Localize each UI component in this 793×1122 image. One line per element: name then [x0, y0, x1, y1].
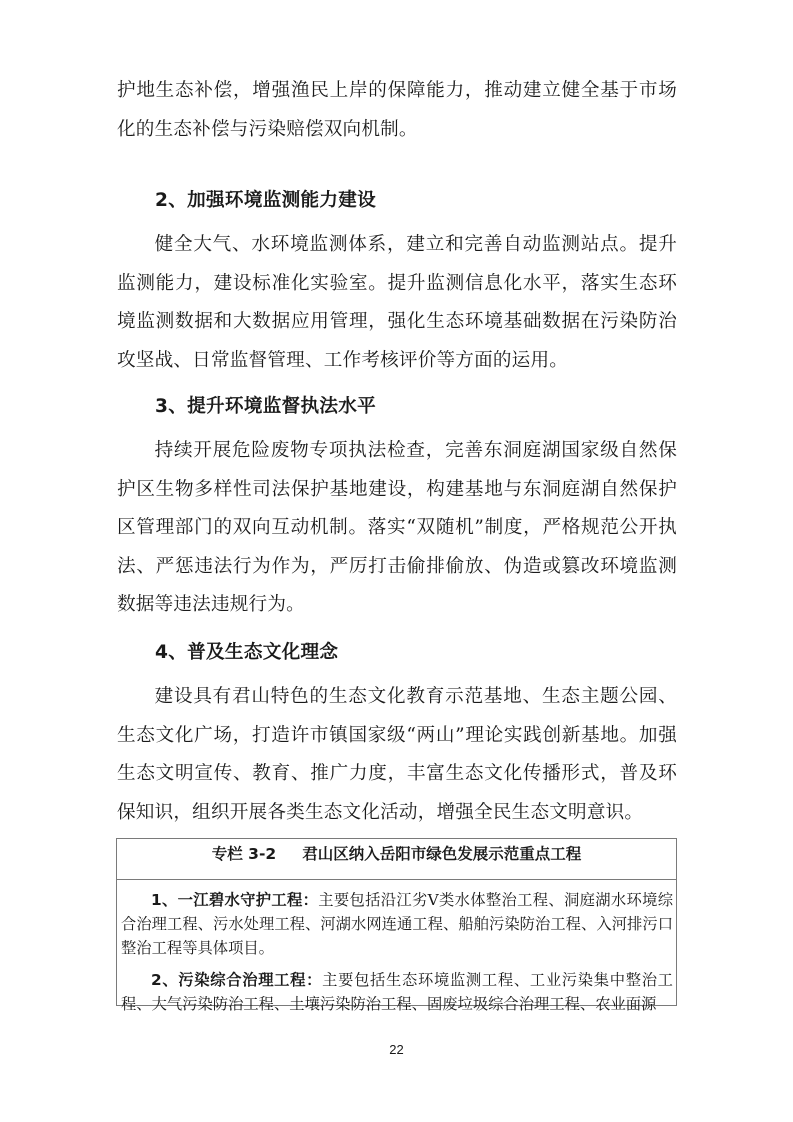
box-item-1: 1、一江碧水守护工程：主要包括沿江劣Ⅴ类水体整治工程、洞庭湖水环境综合治理工程、… — [117, 888, 676, 960]
box-item-2: 2、污染综合治理工程：主要包括生态环境监测工程、工业污染集中整治工程、大气污染防… — [117, 968, 676, 1016]
page-number: 22 — [0, 1042, 793, 1057]
section-heading-2: 2、加强环境监测能力建设 — [155, 186, 376, 212]
document-page: 护地生态补偿，增强渔民上岸的保障能力，推动建立健全基于市场化的生态补偿与污染赔偿… — [0, 0, 793, 1122]
paragraph-monitoring: 健全大气、水环境监测体系，建立和完善自动监测站点。提升监测能力，建设标准化实验室… — [117, 226, 677, 380]
box-item-lead: 2、污染综合治理工程： — [151, 971, 322, 989]
paragraph-continued: 护地生态补偿，增强渔民上岸的保障能力，推动建立健全基于市场化的生态补偿与污染赔偿… — [117, 72, 677, 149]
box-title: 专栏 3-2君山区纳入岳阳市绿色发展示范重点工程 — [117, 839, 676, 880]
box-label: 专栏 3-2 — [212, 845, 276, 863]
special-column-box: 专栏 3-2君山区纳入岳阳市绿色发展示范重点工程 1、一江碧水守护工程：主要包括… — [116, 838, 677, 1006]
paragraph-culture: 建设具有君山特色的生态文化教育示范基地、生态主题公园、生态文化广场，打造许市镇国… — [117, 678, 677, 832]
paragraph-text: 健全大气、水环境监测体系，建立和完善自动监测站点。提升监测能力，建设标准化实验室… — [117, 234, 677, 371]
paragraph-enforcement: 持续开展危险废物专项执法检查，完善东洞庭湖国家级自然保护区生物多样性司法保护基地… — [117, 432, 677, 625]
section-heading-4: 4、普及生态文化理念 — [155, 638, 338, 664]
paragraph-text: 持续开展危险废物专项执法检查，完善东洞庭湖国家级自然保护区生物多样性司法保护基地… — [117, 440, 677, 615]
box-title-text: 君山区纳入岳阳市绿色发展示范重点工程 — [302, 845, 581, 863]
box-item-lead: 1、一江碧水守护工程： — [151, 891, 318, 909]
paragraph-text: 建设具有君山特色的生态文化教育示范基地、生态主题公园、生态文化广场，打造许市镇国… — [117, 686, 677, 823]
section-heading-3: 3、提升环境监督执法水平 — [155, 392, 376, 418]
